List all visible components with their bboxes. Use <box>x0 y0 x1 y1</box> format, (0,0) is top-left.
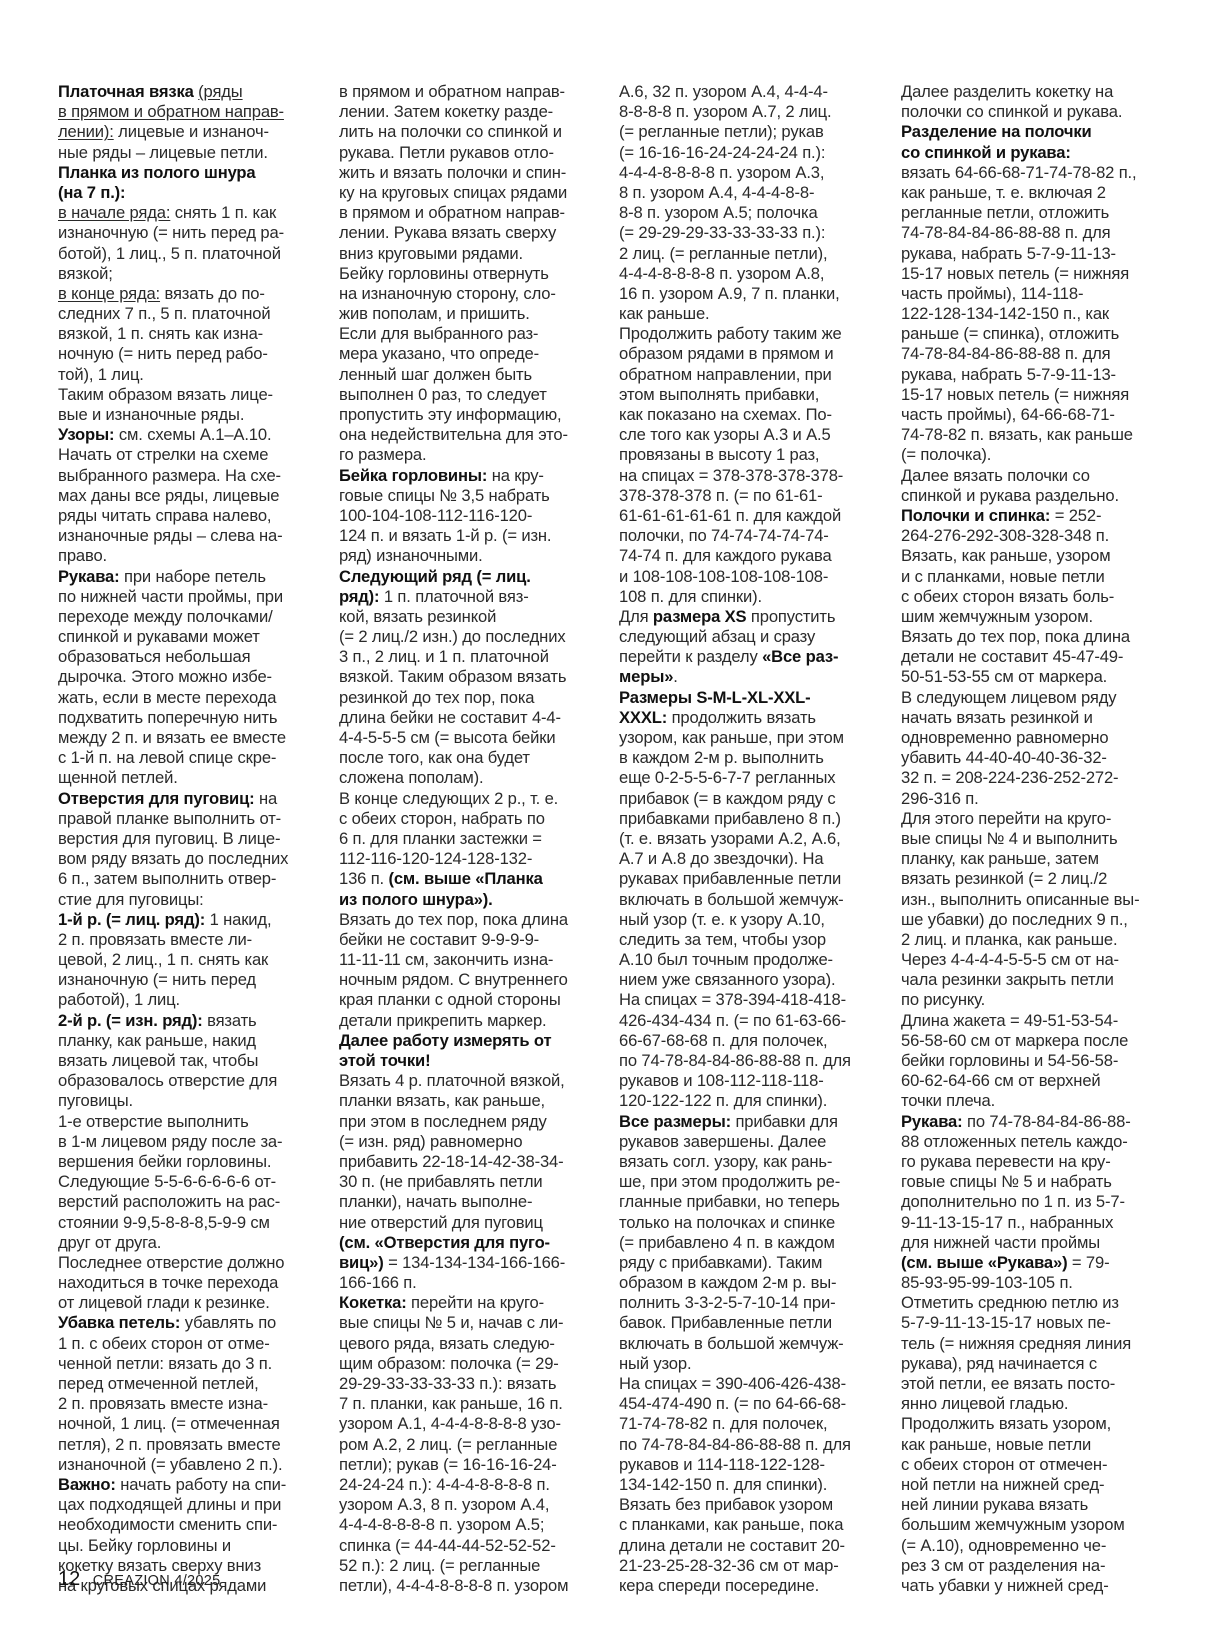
text-line: XXXL: продолжить вязать <box>619 708 881 728</box>
body-text: и с планками, новые петли <box>901 567 1105 586</box>
body-text: планку, как раньше, затем <box>901 849 1099 868</box>
text-line: с планками, как раньше, пока <box>619 1515 881 1535</box>
body-text: 1 п. платочной вяз- <box>379 587 528 606</box>
bold-heading: из полого шнура»). <box>339 890 493 909</box>
body-text: цы. Бейку горловины и <box>58 1536 231 1555</box>
text-line: детали не составит 45-47-49- <box>901 647 1163 667</box>
body-text: друг от друга. <box>58 1233 161 1252</box>
body-text: дырочка. Этого можно избе- <box>58 667 272 686</box>
text-line: ной петли на нижней сред- <box>901 1475 1163 1495</box>
text-line: петли); рукав (= 16-16-16-24- <box>339 1455 601 1475</box>
body-text: право. <box>58 546 107 565</box>
body-text: 6 п. для планки застежки = <box>339 829 542 848</box>
text-line: вязкой; <box>58 264 320 284</box>
body-text: на кру- <box>487 466 544 485</box>
body-text: изнаночную (= нить перед ра- <box>58 223 284 242</box>
text-line: дополнительно по 1 п. из 5-7- <box>901 1192 1163 1212</box>
body-text: цах подходящей длины и при <box>58 1495 281 1514</box>
text-column-2: в прямом и обратном направ-лении. Затем … <box>339 82 601 1596</box>
body-text: 32 п. = 208-224-236-252-272- <box>901 768 1118 787</box>
body-text: ночную (= нить перед рабо- <box>58 344 268 363</box>
text-line: верстий расположить на рас- <box>58 1192 320 1212</box>
text-line: работой), 1 лиц. <box>58 990 320 1010</box>
body-text: рукавов завершены. Далее <box>619 1132 826 1151</box>
bold-heading: Узоры: <box>58 425 114 444</box>
text-line: ленный шаг должен быть <box>339 365 601 385</box>
body-text: Вязать без прибавок узором <box>619 1495 833 1514</box>
text-line: узором, как раньше, при этом <box>619 728 881 748</box>
body-text: говые спицы № 3,5 набрать <box>339 486 550 505</box>
text-line: на изнаночную сторону, сло- <box>339 284 601 304</box>
text-line: лении): лицевые и изнаноч- <box>58 122 320 142</box>
body-text: только на полочках и спинке <box>619 1213 835 1232</box>
body-text: (= 29-29-29-33-33-33-33 п.): <box>619 223 825 242</box>
body-text: работой), 1 лиц. <box>58 990 180 1009</box>
body-text: см. схемы А.1–А.10. <box>114 425 271 444</box>
body-text: изнаночной (= убавлено 2 п.). <box>58 1455 282 1474</box>
text-line: следних 7 п., 5 п. платочной <box>58 304 320 324</box>
body-text: 4-4-5-5-5 см (= высота бейки <box>339 728 556 747</box>
text-line: 4-4-5-5-5 см (= высота бейки <box>339 728 601 748</box>
text-line: Длина жакета = 49-51-53-54- <box>901 1011 1163 1031</box>
body-text: ряду с прибавками). Таким <box>619 1253 822 1272</box>
text-line: длина детали не составит 20- <box>619 1536 881 1556</box>
bold-heading: Платочная вязка <box>58 82 194 101</box>
body-text: по 74-78-84-84-86-88- <box>963 1112 1131 1131</box>
body-text: гланные прибавки, но теперь <box>619 1192 840 1211</box>
body-text: вязать <box>203 1011 257 1030</box>
body-text: Длина жакета = 49-51-53-54- <box>901 1011 1118 1030</box>
text-line: прибавок (= в каждом ряду с <box>619 789 881 809</box>
text-line: той), 1 лиц. <box>58 365 320 385</box>
body-text: верстий расположить на рас- <box>58 1192 280 1211</box>
body-text: 378-378-378 п. (= по 61-61- <box>619 486 823 505</box>
text-line: (на 7 п.): <box>58 183 320 203</box>
body-text: Таким образом вязать лице- <box>58 385 273 404</box>
body-text: = 252- <box>1050 506 1101 525</box>
text-line: жать, если в месте перехода <box>58 688 320 708</box>
body-text: (т. е. вязать узорами А.2, А.6, <box>619 829 841 848</box>
body-text: янно лицевой гладью. <box>901 1394 1068 1413</box>
body-text: по рисунку. <box>901 990 985 1009</box>
text-line: полочки, по 74-74-74-74-74- <box>619 526 881 546</box>
text-line: 112-116-120-124-128-132- <box>339 849 601 869</box>
text-line: только на полочках и спинке <box>619 1213 881 1233</box>
text-line: ряд): 1 п. платочной вяз- <box>339 587 601 607</box>
text-line: Разделение на полочки <box>901 122 1163 142</box>
body-text: нием уже связанного узора). <box>619 970 835 989</box>
text-line: узором А.3, 8 п. узором А.4, <box>339 1495 601 1515</box>
text-line: на спицах = 378-378-378-378- <box>619 466 881 486</box>
bold-heading: со спинкой и рукава: <box>901 143 1071 162</box>
body-text: го рукава перевести на кру- <box>901 1152 1111 1171</box>
body-text: она недействительна для это- <box>339 425 568 444</box>
body-text: цевой, 2 лиц., 1 п. снять как <box>58 950 268 969</box>
text-line: 454-474-490 п. (= по 64-66-68- <box>619 1394 881 1414</box>
text-line: убавить 44-40-40-40-36-32- <box>901 748 1163 768</box>
body-text: вые спицы № 4 и выполнить <box>901 829 1118 848</box>
body-text: Далее вязать полочки со <box>901 466 1090 485</box>
text-line: ночным рядом. С внутреннего <box>339 970 601 990</box>
body-text: 100-104-108-112-116-120- <box>339 506 532 525</box>
body-text: образом в каждом 2-м р. вы- <box>619 1273 836 1292</box>
bold-heading: Следующий ряд (= лиц. <box>339 567 531 586</box>
text-line: лении. Затем кокетку разде- <box>339 102 601 122</box>
text-line: лении. Рукава вязать сверху <box>339 223 601 243</box>
text-line: Вязать 4 р. платочной вязкой, <box>339 1071 601 1091</box>
text-line: Далее работу измерять от <box>339 1031 601 1051</box>
text-line: На спицах = 390-406-426-438- <box>619 1374 881 1394</box>
body-text: детали не составит 45-47-49- <box>901 647 1123 666</box>
body-text: Продолжить вязать узором, <box>901 1414 1111 1433</box>
body-text: полочки, по 74-74-74-74-74- <box>619 526 829 545</box>
text-line: ром А.2, 2 лиц. (= регланные <box>339 1435 601 1455</box>
bold-heading: 2-й р. (= изн. ряд): <box>58 1011 203 1030</box>
text-line: она недействительна для это- <box>339 425 601 445</box>
body-text: как раньше, новые петли <box>901 1435 1091 1454</box>
body-text: шим жемчужным узором. <box>901 607 1093 626</box>
text-line: ночную (= нить перед рабо- <box>58 344 320 364</box>
text-column-3: А.6, 32 п. узором А.4, 4-4-4-8-8-8-8 п. … <box>619 82 881 1596</box>
body-text: пуговицы. <box>58 1091 133 1110</box>
text-line: с обеих сторон вязать боль- <box>901 587 1163 607</box>
body-text: длина детали не составит 20- <box>619 1536 845 1555</box>
text-line: ряду с прибавками). Таким <box>619 1253 881 1273</box>
body-text: 56-58-60 см от маркера после <box>901 1031 1128 1050</box>
bold-heading: Бейка горловины: <box>339 466 487 485</box>
body-text: = 134-134-134-166-166- <box>384 1253 566 1272</box>
text-line: как раньше, т. е. включая 2 <box>901 183 1163 203</box>
text-line: 71-74-78-82 п. для полочек, <box>619 1414 881 1434</box>
body-text: образоваться небольшая <box>58 647 250 666</box>
body-text: вязать лицевой так, чтобы <box>58 1051 258 1070</box>
text-line: изнаночную (= нить перед <box>58 970 320 990</box>
text-line: Полочки и спинка: = 252- <box>901 506 1163 526</box>
body-text: вязать резинкой (= 2 лиц./2 <box>901 869 1107 888</box>
body-text: снять 1 п. как <box>170 203 276 222</box>
text-line: жив пополам, и пришить. <box>339 304 601 324</box>
body-text: с обеих сторон, набрать по <box>339 809 545 828</box>
bold-heading: Важно: <box>58 1475 116 1494</box>
text-line: право. <box>58 546 320 566</box>
text-line: 2 лиц. (= регланные петли), <box>619 244 881 264</box>
text-line: Важно: начать работу на спи- <box>58 1475 320 1495</box>
text-line: с обеих сторон от отмечен- <box>901 1455 1163 1475</box>
bold-heading: Планка из полого шнура <box>58 163 256 182</box>
body-text: в 1-м лицевом ряду после за- <box>58 1132 282 1151</box>
text-line: 8 п. узором А.4, 4-4-4-8-8- <box>619 183 881 203</box>
body-text: начать вязать резинкой и <box>901 708 1093 727</box>
body-text: Бейку горловины отвернуть <box>339 264 549 283</box>
body-text: 71-74-78-82 п. для полочек, <box>619 1414 827 1433</box>
body-text: рукавах прибавленные петли <box>619 869 841 888</box>
body-text: 2 лиц. и планка, как раньше. <box>901 930 1117 949</box>
text-line: (= регланные петли); рукав <box>619 122 881 142</box>
text-line: изн., выполнить описанные вы- <box>901 890 1163 910</box>
text-line: Платочная вязка (ряды <box>58 82 320 102</box>
text-line: ные ряды – лицевые петли. <box>58 143 320 163</box>
text-line: образом рядами в прямом и <box>619 344 881 364</box>
body-text: ше убавки) до последних 9 п., <box>901 910 1128 929</box>
body-text: Для <box>619 607 653 626</box>
body-text: как показано на схемах. По- <box>619 405 832 424</box>
body-text: 52 п.): 2 лиц. (= регланные <box>339 1556 540 1575</box>
body-text: находиться в точке перехода <box>58 1273 278 1292</box>
text-line: 426-434-434 п. (= по 61-63-66- <box>619 1011 881 1031</box>
text-line: выполнен 0 раз, то следует <box>339 385 601 405</box>
body-text: узором А.1, 4-4-4-8-8-8-8 узо- <box>339 1414 561 1433</box>
body-text: рукава, набрать 5-7-9-11-13- <box>901 244 1116 263</box>
body-text: с планками, как раньше, пока <box>619 1515 843 1534</box>
text-line: 5-7-9-11-13-15-17 новых пе- <box>901 1313 1163 1333</box>
body-text: вниз круговыми рядами. <box>339 244 523 263</box>
body-text: ку на круговых спицах рядами <box>339 183 567 202</box>
text-line: как показано на схемах. По- <box>619 405 881 425</box>
text-line: часть проймы), 114-118- <box>901 284 1163 304</box>
bold-heading: размера XS <box>653 607 747 626</box>
body-text: лицевые и изнаноч- <box>114 122 269 141</box>
body-text: жив пополам, и пришить. <box>339 304 530 323</box>
body-text: кера спереди посередине. <box>619 1576 819 1595</box>
text-line: 6 п. для планки застежки = <box>339 829 601 849</box>
body-text: 4-4-4-8-8-8-8 п. узором А.3, <box>619 163 824 182</box>
body-text: лить на полочки со спинкой и <box>339 122 562 141</box>
text-line: 21-23-25-28-32-36 см от мар- <box>619 1556 881 1576</box>
body-text: ром А.2, 2 лиц. (= регланные <box>339 1435 557 1454</box>
body-text: часть проймы), 64-66-68-71- <box>901 405 1115 424</box>
text-line: рез 3 см от разделения на- <box>901 1556 1163 1576</box>
text-line: цевого ряда, вязать следую- <box>339 1334 601 1354</box>
text-line: нием уже связанного узора). <box>619 970 881 990</box>
text-line: рукавах прибавленные петли <box>619 869 881 889</box>
magazine-page: Платочная вязка (рядыв прямом и обратном… <box>0 0 1211 1636</box>
text-line: 2 п. провязать вместе изна- <box>58 1394 320 1414</box>
text-line: 74-78-84-84-86-88-88 п. для <box>901 223 1163 243</box>
text-line: говые спицы № 3,5 набрать <box>339 486 601 506</box>
text-line: 296-316 п. <box>901 789 1163 809</box>
body-text: На спицах = 378-394-418-418- <box>619 990 846 1009</box>
text-line: рукава), ряд начинается с <box>901 1354 1163 1374</box>
text-line: 9-11-13-15-17 п., набранных <box>901 1213 1163 1233</box>
text-line: (= А.10), одновременно че- <box>901 1536 1163 1556</box>
text-line: (см. «Отверстия для пуго- <box>339 1233 601 1253</box>
body-text: рукава, набрать 5-7-9-11-13- <box>901 365 1116 384</box>
text-line: ряды читать справа налево, <box>58 506 320 526</box>
body-text: правой планке выполнить от- <box>58 809 281 828</box>
body-text: спинкой и рукава раздельно. <box>901 486 1119 505</box>
body-text: по 74-78-84-84-86-88-88 п. для <box>619 1435 851 1454</box>
bold-heading: (см. выше «Рукава») <box>901 1253 1067 1272</box>
body-text: пропустить эту информацию, <box>339 405 561 424</box>
text-line: следующий абзац и сразу <box>619 627 881 647</box>
body-text: лении. Затем кокетку разде- <box>339 102 553 121</box>
body-text: 61-61-61-61-61 п. для каждой <box>619 506 841 525</box>
body-text: ные ряды – лицевые петли. <box>58 143 268 162</box>
text-line: петли), 4-4-4-8-8-8-8 п. узором <box>339 1576 601 1596</box>
body-text: планки), начать выполне- <box>339 1192 532 1211</box>
body-text: изнаночную (= нить перед <box>58 970 256 989</box>
page-number: 12 <box>58 1568 80 1590</box>
body-text: большим жемчужным узором <box>901 1515 1125 1534</box>
text-line: бейки горловины и 54-56-58- <box>901 1051 1163 1071</box>
body-text: узором А.3, 8 п. узором А.4, <box>339 1495 549 1514</box>
text-line: по 74-78-84-84-86-88-88 п. для <box>619 1051 881 1071</box>
magazine-issue: CREAZION 4/2025 <box>93 1573 221 1589</box>
text-line: 74-74 п. для каждого рукава <box>619 546 881 566</box>
body-text: А.6, 32 п. узором А.4, 4-4-4- <box>619 82 828 101</box>
bold-heading: «Все раз- <box>762 647 838 666</box>
body-text: раньше (= спинка), отложить <box>901 324 1119 343</box>
body-text: спинкой и рукавами может <box>58 627 260 646</box>
body-text: еще 0-2-5-5-6-7-7 регланных <box>619 768 835 787</box>
text-line: 11-11-11 см, закончить изна- <box>339 950 601 970</box>
text-line: Для этого перейти на круго- <box>901 809 1163 829</box>
text-line: большим жемчужным узором <box>901 1515 1163 1535</box>
text-line: лить на полочки со спинкой и <box>339 122 601 142</box>
bold-heading: Убавка петель: <box>58 1313 180 1332</box>
text-line: бейки не составит 9-9-9-9- <box>339 930 601 950</box>
body-text: включать в большой жемчуж- <box>619 1334 844 1353</box>
body-text: Вязать до тех пор, пока длина <box>901 627 1130 646</box>
text-line: часть проймы), 64-66-68-71- <box>901 405 1163 425</box>
body-text: 2 п. провязать вместе ли- <box>58 930 252 949</box>
text-line: в каждом 2-м р. выполнить <box>619 748 881 768</box>
bold-heading: Рукава: <box>58 567 120 586</box>
text-line: Продолжить работу таким же <box>619 324 881 344</box>
text-line: Если для выбранного раз- <box>339 324 601 344</box>
body-text: Продолжить работу таким же <box>619 324 842 343</box>
underlined-label: в конце ряда: <box>58 284 160 303</box>
text-line: Узоры: см. схемы А.1–А.10. <box>58 425 320 445</box>
underlined-label: лении): <box>58 122 114 141</box>
text-line: вязкой. Таким образом вязать <box>339 667 601 687</box>
body-text: следить за тем, чтобы узор <box>619 930 826 949</box>
body-text: 108 п. для спинки). <box>619 587 762 606</box>
body-text: 8-8 п. узором А.5; полочка <box>619 203 818 222</box>
text-line: Все размеры: прибавки для <box>619 1112 881 1132</box>
text-line: В следующем лицевом ряду <box>901 688 1163 708</box>
body-text: подхватить поперечную нить <box>58 708 277 727</box>
text-line: вые спицы № 4 и выполнить <box>901 829 1163 849</box>
body-text: чала резинки закрыть петли <box>901 970 1114 989</box>
text-line: Размеры S-M-L-XL-XXL- <box>619 688 881 708</box>
body-text: образовалось отверстие для <box>58 1071 277 1090</box>
text-line: 15-17 новых петель (= нижняя <box>901 385 1163 405</box>
body-text: стие для пуговицы: <box>58 890 204 909</box>
body-text: по 74-78-84-84-86-88-88 п. для <box>619 1051 851 1070</box>
body-text: 88 отложенных петель каждо- <box>901 1132 1128 1151</box>
text-line: рукава, набрать 5-7-9-11-13- <box>901 244 1163 264</box>
text-line: раньше (= спинка), отложить <box>901 324 1163 344</box>
body-text: той), 1 лиц. <box>58 365 144 384</box>
text-line: вязать лицевой так, чтобы <box>58 1051 320 1071</box>
body-text: спинка (= 44-44-44-52-52-52- <box>339 1536 556 1555</box>
page-footer: 12 CREAZION 4/2025 <box>58 1568 221 1591</box>
text-line: кера спереди посередине. <box>619 1576 881 1596</box>
bold-heading: Далее работу измерять от <box>339 1031 551 1050</box>
body-text: Последнее отверстие должно <box>58 1253 284 1272</box>
text-line: (= изн. ряд) равномерно <box>339 1132 601 1152</box>
bold-heading: Размеры S-M-L-XL-XXL- <box>619 688 811 707</box>
body-text: Вязать до тех пор, пока длина <box>339 910 568 929</box>
text-line: 74-78-84-84-86-88-88 п. для <box>901 344 1163 364</box>
text-line: ше убавки) до последних 9 п., <box>901 910 1163 930</box>
text-line: Отверстия для пуговиц: на <box>58 789 320 809</box>
text-line: чать убавки у нижней сред- <box>901 1576 1163 1596</box>
text-line: между 2 п. и вязать ее вместе <box>58 728 320 748</box>
body-text: в прямом и обратном направ- <box>339 82 565 101</box>
body-text: бейки горловины и 54-56-58- <box>901 1051 1118 1070</box>
body-text: перейти на круго- <box>407 1293 544 1312</box>
text-line: сле того как узоры А.3 и А.5 <box>619 425 881 445</box>
text-line: планку, как раньше, затем <box>901 849 1163 869</box>
text-line: 32 п. = 208-224-236-252-272- <box>901 768 1163 788</box>
text-line: А.6, 32 п. узором А.4, 4-4-4- <box>619 82 881 102</box>
body-text: . <box>673 667 677 686</box>
body-text: Если для выбранного раз- <box>339 324 538 343</box>
body-text: детали прикрепить маркер. <box>339 1011 547 1030</box>
body-text: перейти к разделу <box>619 647 762 666</box>
body-text: включать в большой жемчуж- <box>619 890 844 909</box>
body-text: точки плеча. <box>901 1091 995 1110</box>
text-line: Убавка петель: убавлять по <box>58 1313 320 1333</box>
text-line: цах подходящей длины и при <box>58 1495 320 1515</box>
body-text: рукава. Петли рукавов отло- <box>339 143 554 162</box>
text-line: из полого шнура»). <box>339 890 601 910</box>
text-line: точки плеча. <box>901 1091 1163 1111</box>
body-text: мера указано, что опреде- <box>339 344 539 363</box>
body-text: жать, если в месте перехода <box>58 688 276 707</box>
text-line: (т. е. вязать узорами А.2, А.6, <box>619 829 881 849</box>
text-line: рукавов завершены. Далее <box>619 1132 881 1152</box>
text-line: 88 отложенных петель каждо- <box>901 1132 1163 1152</box>
body-text: следующий абзац и сразу <box>619 627 815 646</box>
text-line: янно лицевой гладью. <box>901 1394 1163 1414</box>
body-text: с 1-й п. на левой спице скре- <box>58 748 276 767</box>
text-line: спинкой и рукава раздельно. <box>901 486 1163 506</box>
text-line: 15-17 новых петель (= нижняя <box>901 264 1163 284</box>
body-text: 74-78-84-84-86-88-88 п. для <box>901 223 1110 242</box>
body-text: 6 п., затем выполнить отвер- <box>58 869 276 888</box>
body-text: 166-166 п. <box>339 1273 417 1292</box>
body-text: образом рядами в прямом и <box>619 344 834 363</box>
bold-heading: Рукава: <box>901 1112 963 1131</box>
body-text: бавок. Прибавленные петли <box>619 1313 832 1332</box>
body-text: ботой), 1 лиц., 5 п. платочной <box>58 244 281 263</box>
text-line: шим жемчужным узором. <box>901 607 1163 627</box>
body-text: Вязать 4 р. платочной вязкой, <box>339 1071 565 1090</box>
text-line: гланные прибавки, но теперь <box>619 1192 881 1212</box>
body-text: 112-116-120-124-128-132- <box>339 849 532 868</box>
text-line: А.7 и А.8 до звездочки). На <box>619 849 881 869</box>
text-line: 122-128-134-142-150 п., как <box>901 304 1163 324</box>
text-line: жить и вязать полочки и спин- <box>339 163 601 183</box>
body-text: пропустить <box>746 607 835 626</box>
body-text: прибавок (= в каждом ряду с <box>619 789 836 808</box>
text-line: бавок. Прибавленные петли <box>619 1313 881 1333</box>
text-line: Следующие 5-5-6-6-6-6-6 от- <box>58 1172 320 1192</box>
text-line: 4-4-4-8-8-8-8 п. узором А.3, <box>619 163 881 183</box>
text-line: планки вязать, как раньше, <box>339 1091 601 1111</box>
body-text: ночной, 1 лиц. (= отмеченная <box>58 1414 280 1433</box>
text-line: для нижней части проймы <box>901 1233 1163 1253</box>
body-text: говые спицы № 5 и набрать <box>901 1172 1112 1191</box>
body-text: 120-122-122 п. для спинки). <box>619 1091 827 1110</box>
body-text: 3 п., 2 лиц. и 1 п. платочной <box>339 647 549 666</box>
body-text: 9-11-13-15-17 п., набранных <box>901 1213 1113 1232</box>
body-text: 21-23-25-28-32-36 см от мар- <box>619 1556 839 1575</box>
text-line: как раньше. <box>619 304 881 324</box>
